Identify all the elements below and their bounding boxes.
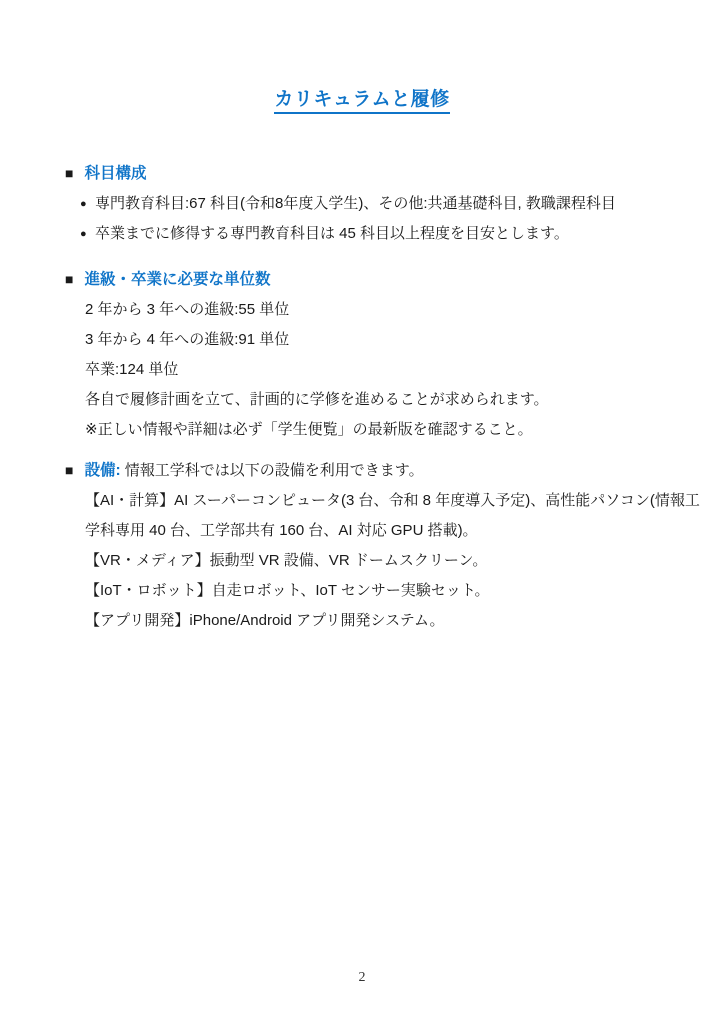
section-heading-row: ■設備: 情報工学科では以下の設備を利用できます。 [65,455,669,486]
square-bullet-icon: ■ [65,165,73,181]
section-shinkyu-sotsugyo-tanisu: ■進級・卒業に必要な単位数 2 年から 3 年への進級:55 単位 3 年から … [65,264,669,445]
page-number: 2 [0,970,724,986]
square-bullet-icon: ■ [65,271,73,287]
list-item: ● 専門教育科目:67 科目(令和8年度入学生)、その他:共通基礎科目, 教職課… [65,189,669,219]
bullet-text: 専門教育科目:67 科目(令和8年度入学生)、その他:共通基礎科目, 教職課程科… [95,189,616,219]
body-line: 卒業:124 単位 [65,355,669,385]
section-heading-suffix: 情報工学科では以下の設備を利用できます。 [121,462,424,479]
body-line: 学科専用 40 台、工学部共有 160 台、AI 対応 GPU 搭載)。 [65,516,669,546]
circle-bullet-icon: ● [65,219,95,249]
document-page: カリキュラムと履修 ■科目構成 ● 専門教育科目:67 科目(令和8年度入学生)… [0,0,724,1024]
section-heading: 設備: [84,462,120,479]
body-line: 【VR・メディア】振動型 VR 設備、VR ドームスクリーン。 [65,546,669,576]
section-setsubi: ■設備: 情報工学科では以下の設備を利用できます。 【AI・計算】AI スーパー… [65,455,669,636]
page-title: カリキュラムと履修 [0,0,724,116]
section-heading-row: ■科目構成 [65,158,669,189]
section-heading-row: ■進級・卒業に必要な単位数 [65,264,669,295]
section-heading: 科目構成 [84,165,146,182]
circle-bullet-icon: ● [65,189,95,219]
body-line: 3 年から 4 年への進級:91 単位 [65,325,669,355]
square-bullet-icon: ■ [65,462,73,478]
body-line: 2 年から 3 年への進級:55 単位 [65,295,669,325]
page-title-text: カリキュラムと履修 [274,89,449,114]
section-kamoku-kousei: ■科目構成 ● 専門教育科目:67 科目(令和8年度入学生)、その他:共通基礎科… [65,158,669,249]
body-line: 【アプリ開発】iPhone/Android アプリ開発システム。 [65,606,669,636]
list-item: ● 卒業までに修得する専門教育科目は 45 科目以上程度を目安とします。 [65,219,669,249]
bullet-text: 卒業までに修得する専門教育科目は 45 科目以上程度を目安とします。 [95,219,569,249]
body-line: ※正しい情報や詳細は必ず「学生便覧」の最新版を確認すること。 [65,415,669,445]
body-line: 【AI・計算】AI スーパーコンピュータ(3 台、令和 8 年度導入予定)、高性… [65,486,669,516]
section-heading: 進級・卒業に必要な単位数 [84,271,270,288]
body-line: 各自で履修計画を立て、計画的に学修を進めることが求められます。 [65,385,669,415]
body-line: 【IoT・ロボット】自走ロボット、IoT センサー実験セット。 [65,576,669,606]
